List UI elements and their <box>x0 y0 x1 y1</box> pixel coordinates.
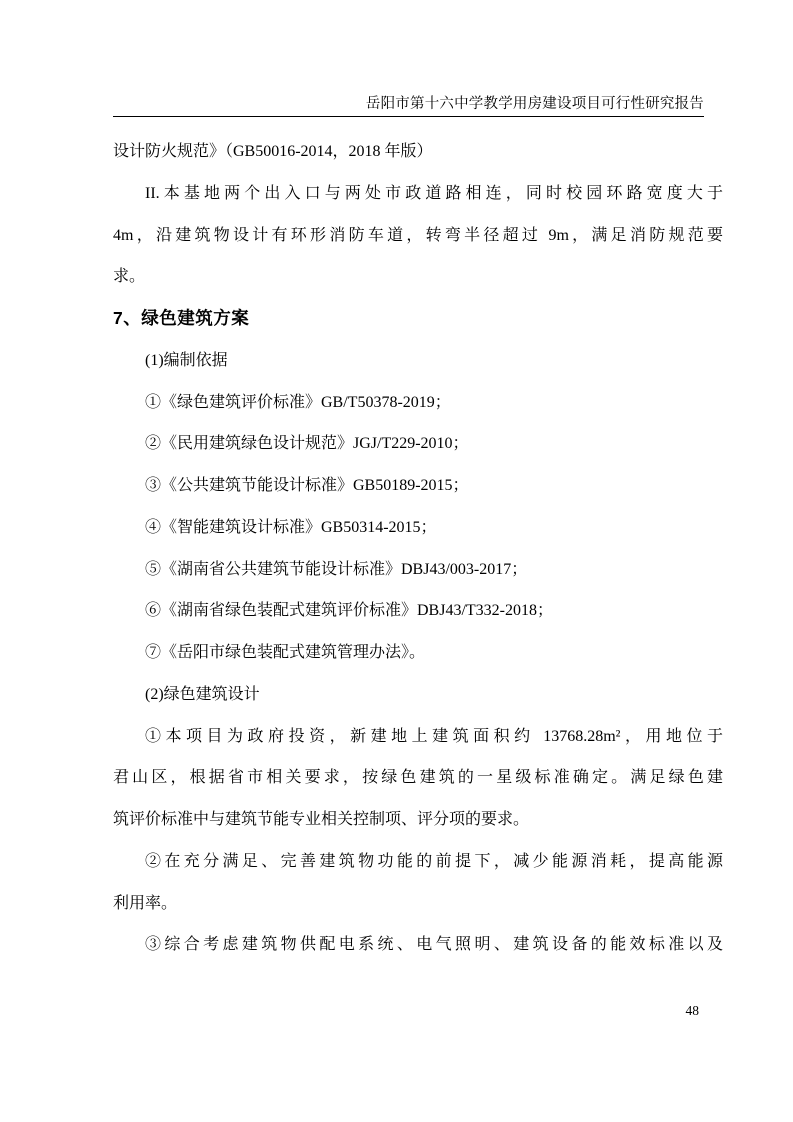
text-line: (1)编制依据 <box>113 340 723 382</box>
text-line: ②在充分满足、完善建筑物功能的前提下，减少能源消耗，提高能源 <box>113 841 723 883</box>
text-line: 4m，沿建筑物设计有环形消防车道，转弯半径超过 9m，满足消防规范要 <box>113 215 723 257</box>
text-line: ③《公共建筑节能设计标准》GB50189-2015； <box>113 465 723 507</box>
page-footer: 48 <box>113 1002 699 1020</box>
text-line: (2)绿色建筑设计 <box>113 674 723 716</box>
section-heading: 7、绿色建筑方案 <box>113 298 723 340</box>
header-title: 岳阳市第十六中学教学用房建设项目可行性研究报告 <box>366 96 704 112</box>
text-line: 筑评价标准中与建筑节能专业相关控制项、评分项的要求。 <box>113 799 723 841</box>
text-line: 求。 <box>113 256 723 298</box>
page-header: 岳阳市第十六中学教学用房建设项目可行性研究报告 <box>113 96 704 117</box>
text-line: ⑤《湖南省公共建筑节能设计标准》DBJ43/003-2017； <box>113 549 723 591</box>
text-line: ②《民用建筑绿色设计规范》JGJ/T229-2010； <box>113 423 723 465</box>
text-line: II.本基地两个出入口与两处市政道路相连，同时校园环路宽度大于 <box>113 173 723 215</box>
text-line: ①本项目为政府投资，新建地上建筑面积约 13768.28m²，用地位于 <box>113 716 723 758</box>
text-line: 君山区，根据省市相关要求，按绿色建筑的一星级标准确定。满足绿色建 <box>113 757 723 799</box>
text-line: 利用率。 <box>113 883 723 925</box>
text-line: ③综合考虑建筑物供配电系统、电气照明、建筑设备的能效标准以及 <box>113 924 723 966</box>
text-line: ⑥《湖南省绿色装配式建筑评价标准》DBJ43/T332-2018； <box>113 590 723 632</box>
document-body: 设计防火规范》（GB50016-2014，2018 年版）II.本基地两个出入口… <box>113 131 723 966</box>
document-page: 岳阳市第十六中学教学用房建设项目可行性研究报告 设计防火规范》（GB50016-… <box>0 0 793 1122</box>
text-line: ①《绿色建筑评价标准》GB/T50378-2019； <box>113 382 723 424</box>
text-line: ⑦《岳阳市绿色装配式建筑管理办法》。 <box>113 632 723 674</box>
text-line: ④《智能建筑设计标准》GB50314-2015； <box>113 507 723 549</box>
text-line: 设计防火规范》（GB50016-2014，2018 年版） <box>113 131 723 173</box>
page-number: 48 <box>686 1003 700 1018</box>
